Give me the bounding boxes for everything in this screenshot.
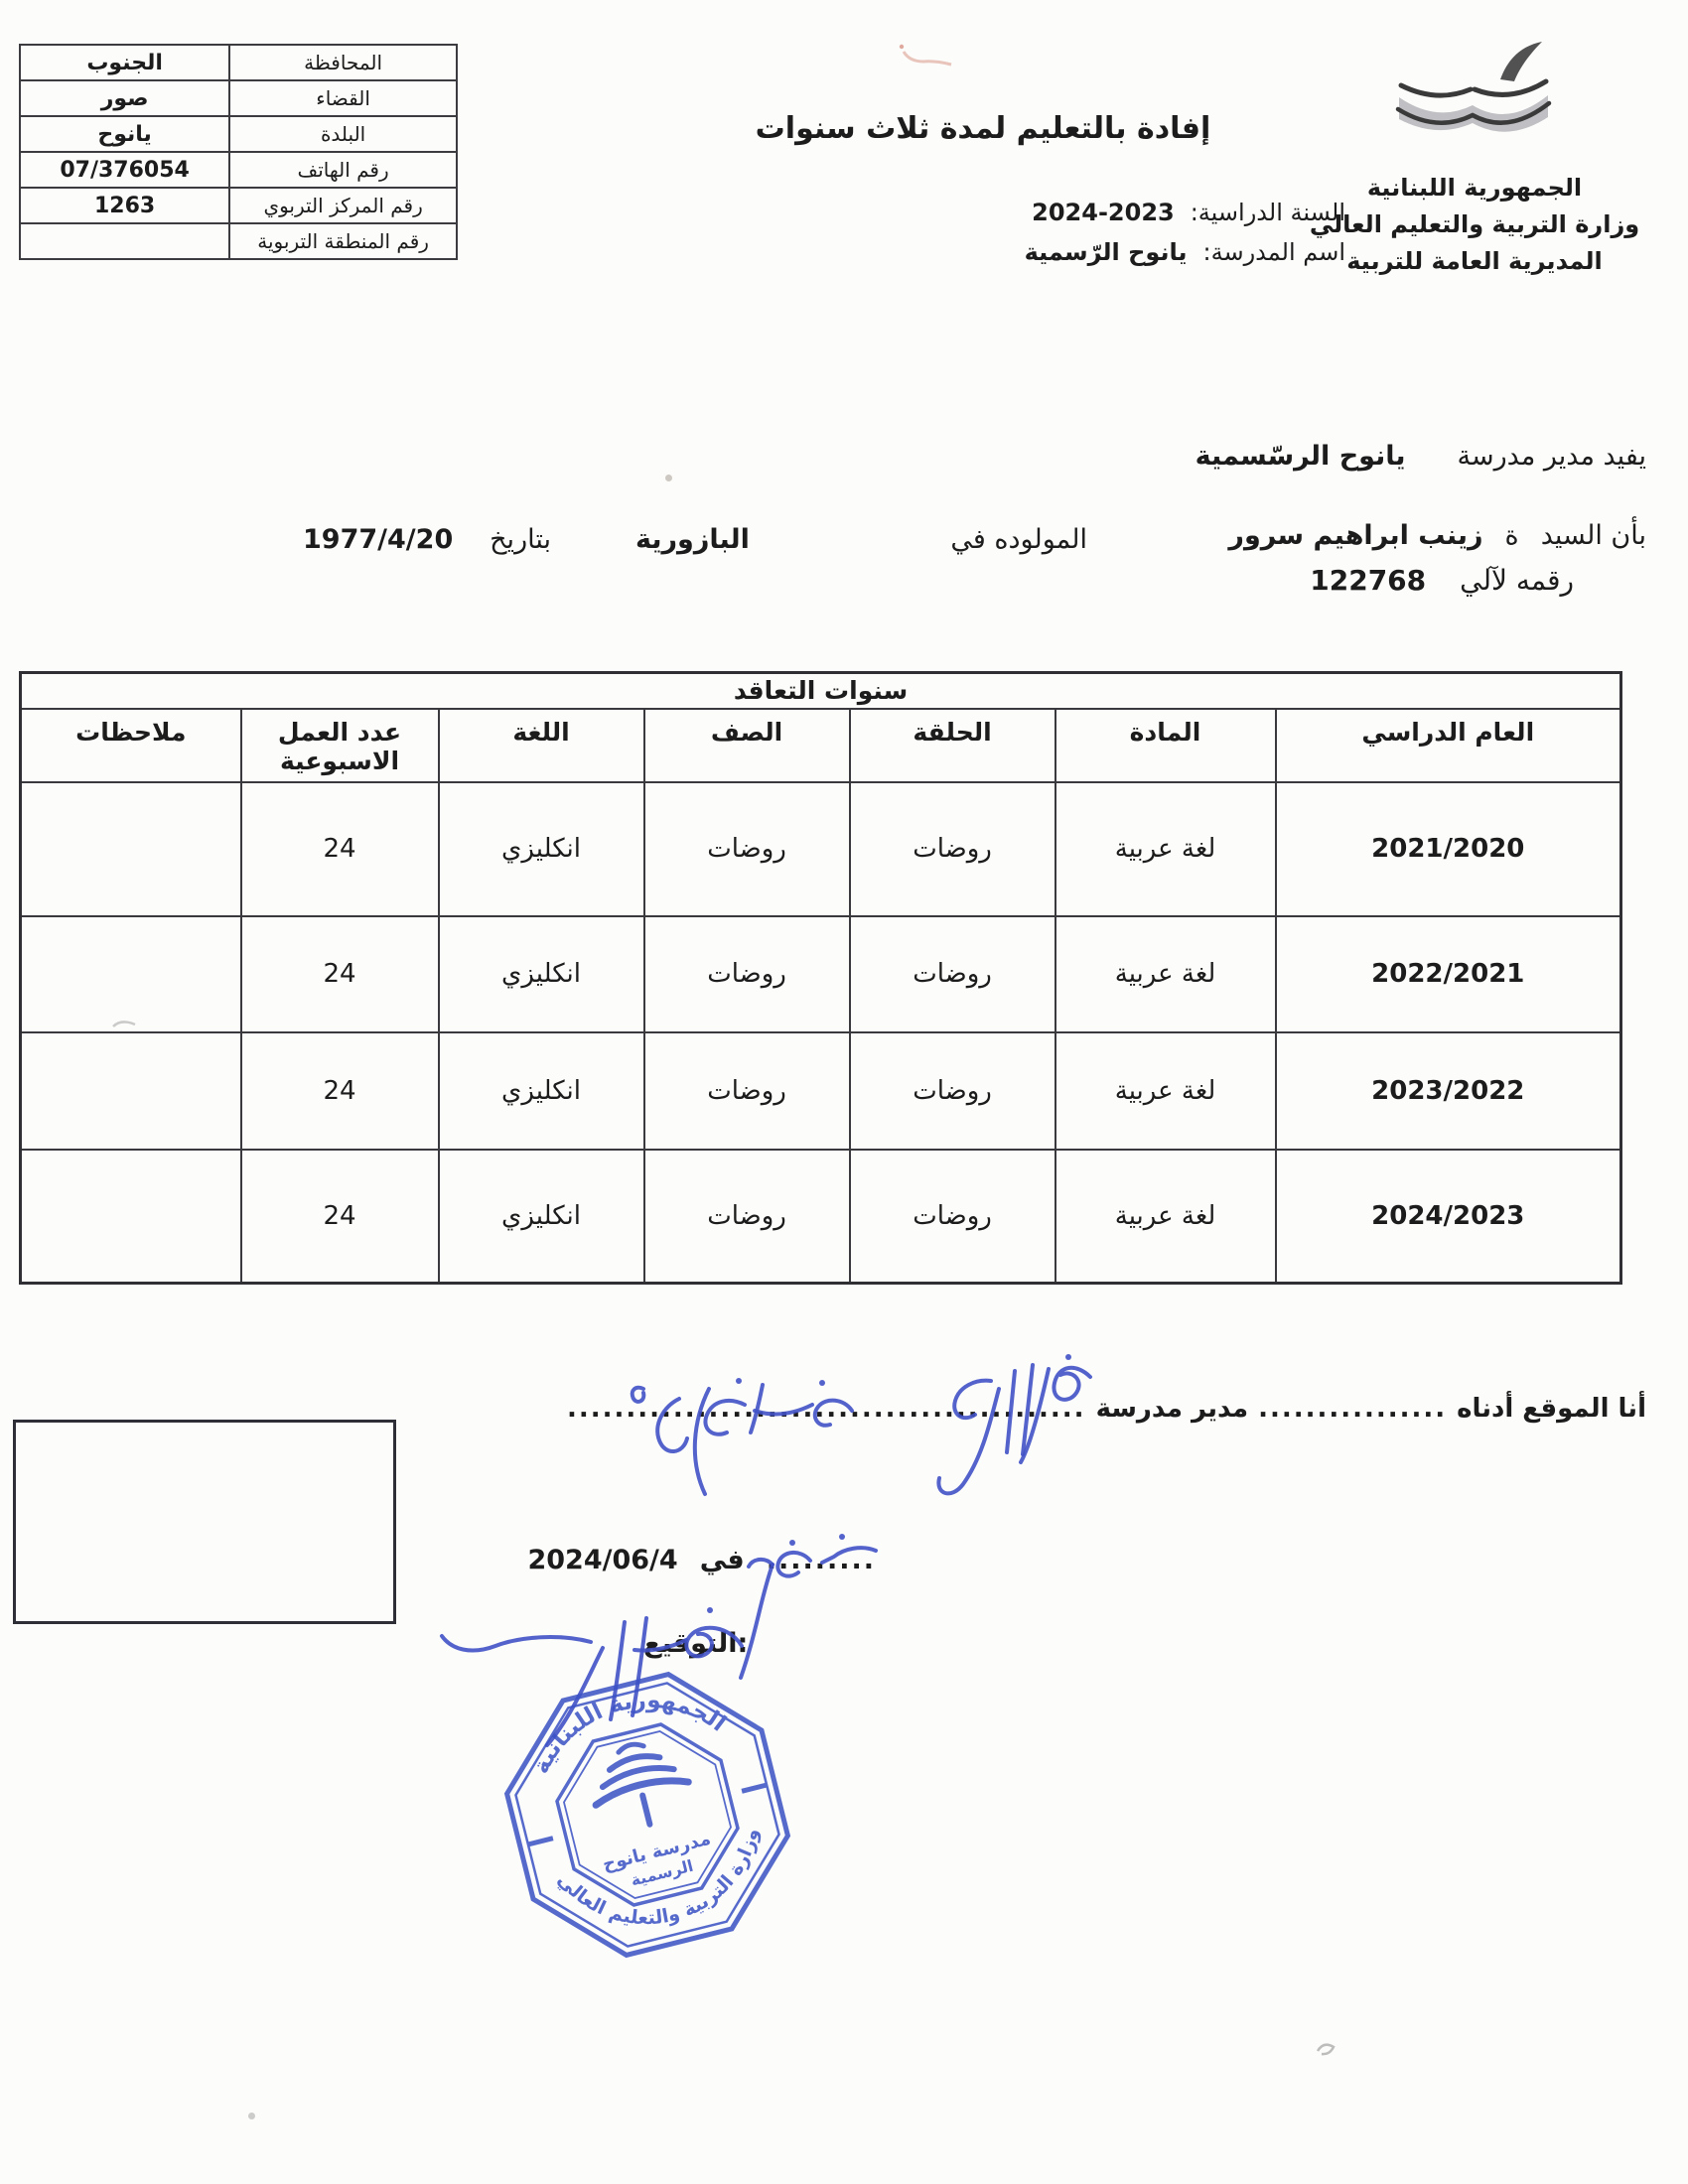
- phone-value: 07/376054: [20, 152, 229, 188]
- table-row: رقم الهاتف 07/376054: [20, 152, 457, 188]
- cell-year: 2023/2022: [1276, 1032, 1621, 1150]
- table-row: 2021/2020 لغة عربية روضات روضات انكليزي …: [21, 782, 1621, 916]
- town-value: يانوح: [20, 116, 229, 152]
- table-row: 2024/2023 لغة عربية روضات روضات انكليزي …: [21, 1150, 1621, 1284]
- cell-year: 2022/2021: [1276, 916, 1621, 1032]
- cell-notes: [21, 782, 241, 916]
- col-school-year: العام الدراسي: [1276, 709, 1621, 782]
- cedar-tree-icon: [584, 1733, 696, 1836]
- person-ta-marker: ة: [1505, 520, 1519, 551]
- col-grade: الصف: [644, 709, 850, 782]
- school-name-handwriting-ink: [614, 1345, 867, 1514]
- cell-notes: [21, 1032, 241, 1150]
- col-subject: المادة: [1055, 709, 1276, 782]
- cell-grade: روضات: [644, 1032, 850, 1150]
- school-year-value: 2023-2024: [1032, 199, 1175, 226]
- table-header-row: العام الدراسي المادة الحلقة الصف اللغة ع…: [21, 709, 1621, 782]
- cell-weekly-hours: 24: [241, 1032, 439, 1150]
- center-number-value: 1263: [20, 188, 229, 223]
- open-book-logo-icon: [1385, 40, 1564, 144]
- cell-grade: روضات: [644, 916, 850, 1032]
- governorate-label: المحافظة: [229, 45, 457, 80]
- birthdate-value: 1977/4/20: [303, 524, 453, 555]
- contract-years-table: سنوات التعاقد العام الدراسي المادة الحلق…: [19, 671, 1622, 1285]
- cell-grade: روضات: [644, 1150, 850, 1284]
- stamp-side-dash: [742, 1785, 767, 1791]
- cell-subject: لغة عربية: [1055, 1150, 1276, 1284]
- table-row: 2023/2022 لغة عربية روضات روضات انكليزي …: [21, 1032, 1621, 1150]
- zone-number-label: رقم المنطقة التربوية: [229, 223, 457, 259]
- col-cycle: الحلقة: [850, 709, 1055, 782]
- ministry-line: وزارة التربية والتعليم العالي: [1291, 206, 1658, 243]
- statement-line-birthplace: المولوده في البازورية: [635, 524, 1087, 555]
- scan-artifact: [109, 1017, 139, 1034]
- republic-line: الجمهورية اللبنانية: [1291, 170, 1658, 206]
- born-label: المولوده في: [950, 524, 1087, 555]
- district-label: القضاء: [229, 80, 457, 116]
- stamp-side-dash: [528, 1839, 553, 1844]
- cell-grade: روضات: [644, 782, 850, 916]
- statement-line-birthdate: بتاريخ 1977/4/20: [303, 524, 551, 555]
- scanned-teaching-certificate: المحافظة الجنوب القضاء صور البلدة يانوح …: [0, 0, 1688, 2184]
- town-label: البلدة: [229, 116, 457, 152]
- directorate-line: المديرية العامة للتربية: [1291, 243, 1658, 280]
- page-title: إفادة بالتعليم لمدة ثلاث سنوات: [715, 111, 1251, 146]
- region-info-table: المحافظة الجنوب القضاء صور البلدة يانوح …: [19, 44, 458, 260]
- cell-language: انكليزي: [439, 1150, 644, 1284]
- table-row: المحافظة الجنوب: [20, 45, 457, 80]
- dotted-blank: ................: [1258, 1394, 1447, 1424]
- cell-language: انكليزي: [439, 782, 644, 916]
- table-row: البلدة يانوح: [20, 116, 457, 152]
- cell-cycle: روضات: [850, 782, 1055, 916]
- fiscal-stamp-box: [13, 1420, 396, 1624]
- table-span-header-row: سنوات التعاقد: [21, 673, 1621, 709]
- statement-line-person: بأن السيد ة زينب ابراهيم سرور: [1228, 520, 1646, 551]
- table-row: 2022/2021 لغة عربية روضات روضات انكليزي …: [21, 916, 1621, 1032]
- scan-artifact: [665, 475, 672, 481]
- born-place: البازورية: [635, 524, 750, 555]
- school-name-value: يانوح الرّسمية: [1025, 238, 1188, 266]
- center-number-label: رقم المركز التربوي: [229, 188, 457, 223]
- signer-label: أنا الموقع أدناه: [1457, 1394, 1646, 1424]
- district-value: صور: [20, 80, 229, 116]
- certify-label: يفيد مدير مدرسة: [1458, 441, 1646, 472]
- person-label: بأن السيد: [1541, 520, 1646, 551]
- cell-cycle: روضات: [850, 1032, 1055, 1150]
- birthdate-label: بتاريخ: [490, 524, 551, 555]
- cell-cycle: روضات: [850, 916, 1055, 1032]
- scan-artifact: [248, 2113, 255, 2119]
- cell-weekly-hours: 24: [241, 782, 439, 916]
- zone-number-value: [20, 223, 229, 259]
- cell-notes: [21, 916, 241, 1032]
- statement-line-id: رقمه لآلي 122768: [1310, 564, 1574, 597]
- ministry-block: الجمهورية اللبنانية وزارة التربية والتعل…: [1291, 40, 1658, 280]
- ministry-octagon-stamp: الجمهورية اللبنانية وزارة التربية والتعل…: [498, 1666, 796, 1964]
- cell-weekly-hours: 24: [241, 916, 439, 1032]
- cell-language: انكليزي: [439, 916, 644, 1032]
- table-row: رقم المركز التربوي 1263: [20, 188, 457, 223]
- cell-cycle: روضات: [850, 1150, 1055, 1284]
- contract-years-header: سنوات التعاقد: [21, 673, 1621, 709]
- cell-year: 2021/2020: [1276, 782, 1621, 916]
- table-row: رقم المنطقة التربوية: [20, 223, 457, 259]
- governorate-value: الجنوب: [20, 45, 229, 80]
- director-signature-ink: [864, 1335, 1102, 1509]
- statement-line-certify: يفيد مدير مدرسة يانوح الرسّسمية: [1196, 441, 1646, 472]
- cell-subject: لغة عربية: [1055, 782, 1276, 916]
- col-notes: ملاحظات: [21, 709, 241, 782]
- cell-weekly-hours: 24: [241, 1150, 439, 1284]
- certify-school-name: يانوح الرسّسمية: [1196, 441, 1406, 472]
- table-row: القضاء صور: [20, 80, 457, 116]
- role-label: مدير مدرسة: [1096, 1394, 1249, 1424]
- col-weekly-hours: عدد العمل الاسبوعية: [241, 709, 439, 782]
- id-label: رقمه لآلي: [1460, 564, 1574, 597]
- cell-year: 2024/2023: [1276, 1150, 1621, 1284]
- cell-language: انكليزي: [439, 1032, 644, 1150]
- scan-artifact: [1313, 2037, 1338, 2059]
- phone-label: رقم الهاتف: [229, 152, 457, 188]
- cell-subject: لغة عربية: [1055, 1032, 1276, 1150]
- scan-artifact: [889, 42, 958, 76]
- cell-notes: [21, 1150, 241, 1284]
- id-number: 122768: [1310, 564, 1426, 597]
- person-name: زينب ابراهيم سرور: [1228, 520, 1482, 551]
- cell-subject: لغة عربية: [1055, 916, 1276, 1032]
- col-language: اللغة: [439, 709, 644, 782]
